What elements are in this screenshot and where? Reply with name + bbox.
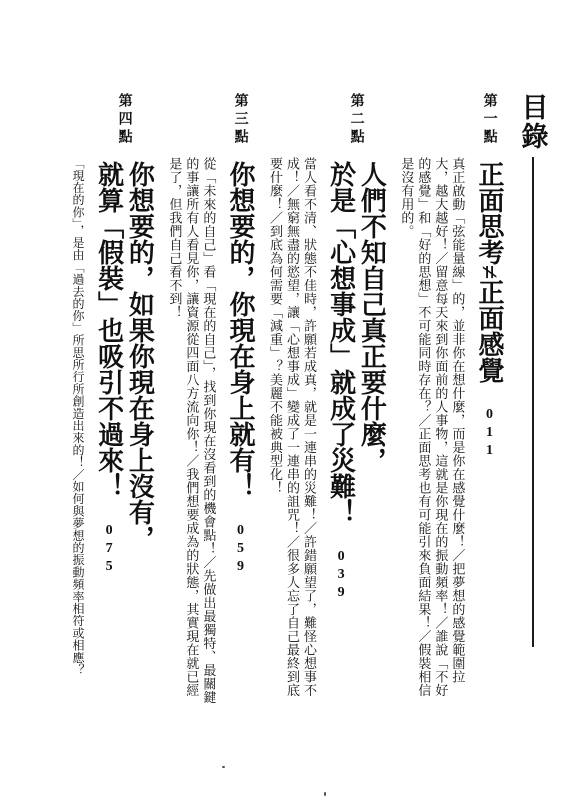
scan-speck bbox=[324, 792, 326, 796]
section-1-title-line: 正面思考≠正面感覺011 bbox=[473, 161, 504, 461]
section-2-heading: 第二點 人們不知自己真正要什麼， 於是「心想事成」就成了災難！039 bbox=[325, 93, 386, 603]
section-3-label: 第三點 bbox=[230, 93, 250, 147]
section-2-title-line: 人們不知自己真正要什麼， bbox=[356, 161, 387, 603]
section-1-page-number: 011 bbox=[482, 407, 497, 461]
toc-content: 目錄 第一點 正面思考≠正面感覺011 真正啟動「弦能量線」的，並非你在想什麼，… bbox=[69, 93, 550, 709]
section-4-label: 第四點 bbox=[114, 93, 134, 147]
section-3-page-number: 059 bbox=[233, 523, 248, 577]
toc-page: 目錄 第一點 正面思考≠正面感覺011 真正啟動「弦能量線」的，並非你在想什麼，… bbox=[0, 0, 577, 797]
section-4-description: 「現在的你」，是由「過去的你」所思所行所創造出來的！／如何與夢想的振動頻率相符或… bbox=[69, 157, 86, 709]
section-2-title-line: 於是「心想事成」就成了災難！039 bbox=[325, 161, 356, 603]
section-2-description: 當人看不清、狀態不佳時，許願若成真，就是一連串的災難！／許錯願望了，難怪心想事不… bbox=[267, 157, 318, 709]
section-4-page-number: 075 bbox=[102, 523, 117, 577]
section-4-heading: 第四點 你想要的，如果你現在身上沒有， 就算「假裝」也吸引不過來！075 bbox=[93, 93, 154, 577]
section-2-label: 第二點 bbox=[346, 93, 366, 147]
toc-section-4: 第四點 你想要的，如果你現在身上沒有， 就算「假裝」也吸引不過來！075 「現在… bbox=[69, 93, 154, 709]
section-4-title: 你想要的，如果你現在身上沒有， 就算「假裝」也吸引不過來！075 bbox=[93, 161, 154, 577]
toc-head-column: 目錄 bbox=[516, 93, 550, 647]
scan-speck bbox=[222, 766, 225, 768]
page-title: 目錄 bbox=[514, 93, 553, 151]
section-1-label: 第一點 bbox=[479, 93, 499, 147]
section-2-title: 人們不知自己真正要什麼， 於是「心想事成」就成了災難！039 bbox=[325, 161, 386, 603]
section-1-heading: 第一點 正面思考≠正面感覺011 bbox=[473, 93, 504, 461]
section-4-title-line: 你想要的，如果你現在身上沒有， bbox=[124, 161, 155, 577]
section-3-title: 你想要的，你現在身上就有！059 bbox=[224, 161, 255, 577]
vertical-rule bbox=[532, 157, 534, 647]
section-2-page-number: 039 bbox=[334, 549, 349, 603]
section-3-description: 從「未來的自己」看「現在的自己」，找到你現在沒看到的機會點！／先做出最獨特、最關… bbox=[166, 157, 217, 709]
section-3-heading: 第三點 你想要的，你現在身上就有！059 bbox=[224, 93, 255, 577]
section-4-title-line: 就算「假裝」也吸引不過來！075 bbox=[93, 161, 124, 577]
toc-section-3: 第三點 你想要的，你現在身上就有！059 從「未來的自己」看「現在的自己」，找到… bbox=[166, 93, 255, 709]
section-1-title: 正面思考≠正面感覺011 bbox=[473, 161, 504, 461]
section-1-description: 真正啟動「弦能量線」的，並非你在想什麼，而是你在感覺什麼！／把夢想的感覺範圍拉大… bbox=[398, 157, 466, 709]
toc-section-1: 第一點 正面思考≠正面感覺011 真正啟動「弦能量線」的，並非你在想什麼，而是你… bbox=[398, 93, 504, 709]
section-3-title-line: 你想要的，你現在身上就有！059 bbox=[224, 161, 255, 577]
toc-section-2: 第二點 人們不知自己真正要什麼， 於是「心想事成」就成了災難！039 當人看不清… bbox=[267, 93, 386, 709]
